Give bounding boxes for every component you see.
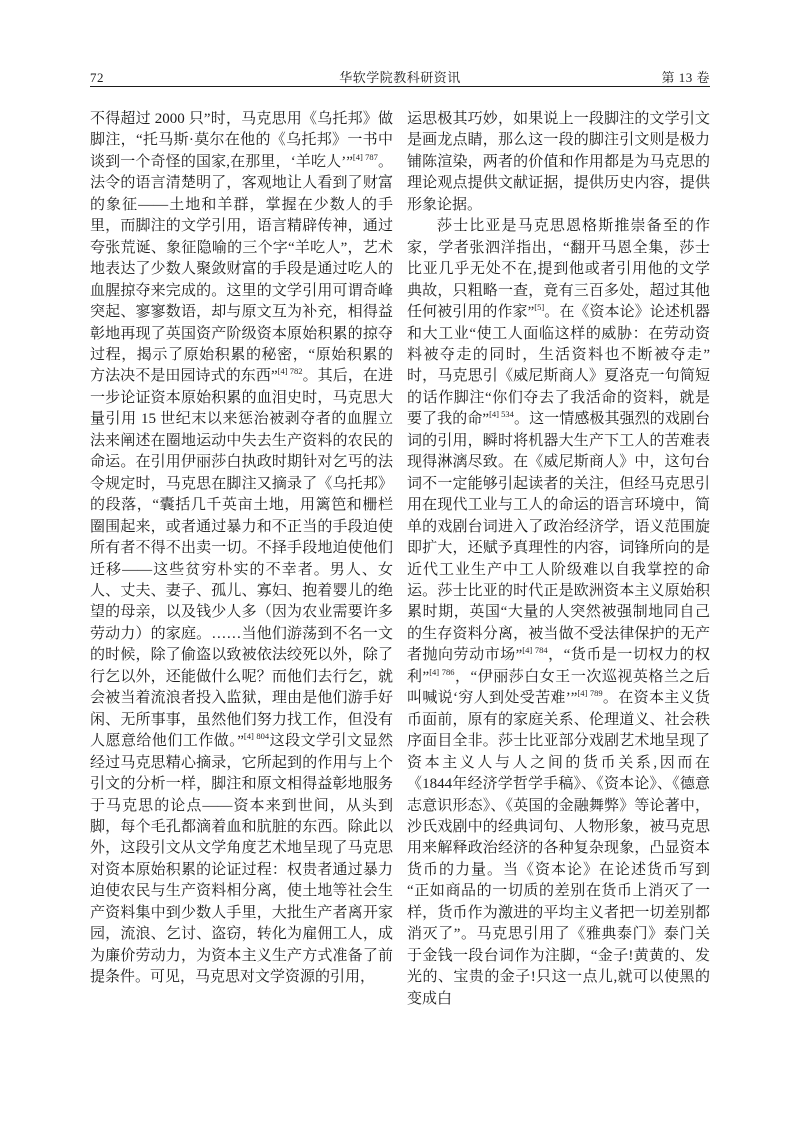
text-column-left: 不得超过 2000 只”时，马克思用《乌托邦》做脚注，“托马斯·莫尔在他的《乌托… — [90, 109, 393, 999]
journal-title: 华软学院教科研资讯 — [250, 67, 550, 86]
paragraph: 莎士比亚是马克思恩格斯推崇备至的作家，学者张泗洋指出，“翻开马恩全集，莎士比亚几… — [407, 216, 710, 1010]
document-page: 72 华软学院教科研资讯 第 13 卷 不得超过 2000 只”时，马克思用《乌… — [0, 0, 793, 1122]
citation-superscript: [4] 782 — [278, 366, 303, 376]
paragraph: 运思极其巧妙，如果说上一段脚注的文学引文是画龙点睛，那么这一段的脚注引文则是极力… — [407, 109, 710, 216]
citation-superscript: [4] 787 — [353, 152, 378, 162]
header-divider-rule — [90, 86, 710, 87]
text-column-right: 运思极其巧妙，如果说上一段脚注的文学引文是画龙点睛，那么这一段的脚注引文则是极力… — [407, 109, 710, 999]
citation-superscript: [4] 786 — [429, 667, 454, 677]
citation-superscript: [4] 789 — [577, 688, 602, 698]
citation-superscript: [4] 534 — [489, 409, 514, 419]
citation-superscript: [5] — [534, 302, 544, 312]
page-header: 72 华软学院教科研资讯 第 13 卷 — [90, 64, 710, 86]
page-number: 72 — [90, 70, 250, 86]
article-body: 不得超过 2000 只”时，马克思用《乌托邦》做脚注，“托马斯·莫尔在他的《乌托… — [90, 109, 710, 999]
paragraph: 不得超过 2000 只”时，马克思用《乌托邦》做脚注，“托马斯·莫尔在他的《乌托… — [90, 109, 393, 989]
citation-superscript: [4] 784 — [522, 645, 547, 655]
volume-label: 第 13 卷 — [550, 67, 710, 86]
citation-superscript: [4] 804 — [244, 731, 269, 741]
